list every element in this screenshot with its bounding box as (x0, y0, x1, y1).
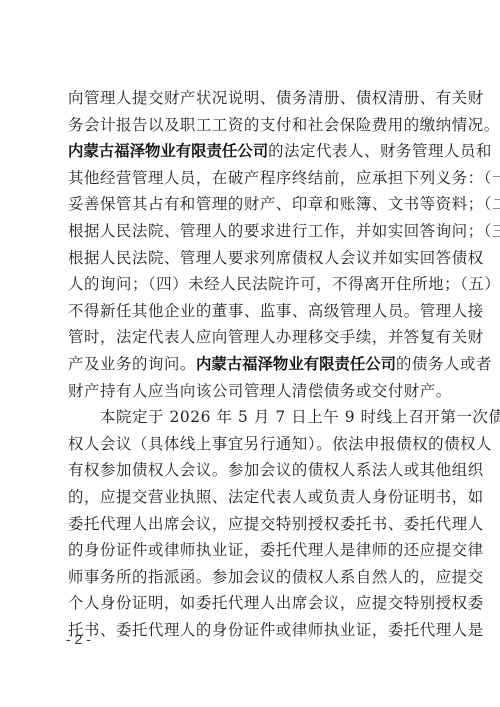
text-line: 权人会议（具体线上事宜另行通知）。依法申报债权的债权人 (68, 433, 434, 455)
text-line: 向管理人提交财产状况说明、债务清册、债权清册、有关财 (68, 87, 434, 109)
page-number: - 2 - (66, 631, 91, 647)
text-line: 产及业务的询问。内蒙古福泽物业有限责任公司的债务人或者 (68, 353, 434, 375)
text-line: 务会计报告以及职工工资的支付和社会保险费用的缴纳情况。 (68, 114, 434, 136)
text-line: 的，应提交营业执照、法定代表人或负责人身份证明书，如 (68, 486, 434, 508)
company-name: 内蒙古福泽物业有限责任公司 (68, 142, 268, 160)
text-line: 有权参加债权人会议。参加会议的债权人系法人或其他组织 (68, 459, 434, 481)
text-segment: 产及业务的询问。 (68, 355, 196, 373)
text-segment: 的债务人或者 (396, 355, 492, 373)
text-line: 人的询问；（四）未经人民法院许可，不得离开住所地；（五） (68, 273, 434, 295)
text-line: 个人身份证明，如委托代理人出席会议，应提交特别授权委 (68, 592, 434, 614)
text-line: 其他经营管理人员，在破产程序终结前，应承担下列义务：（一） (68, 167, 434, 189)
text-line: 托书、委托代理人的身份证件或律师执业证，委托代理人是 (68, 619, 434, 641)
text-line: 委托代理人出席会议，应提交特别授权委托书、委托代理人 (68, 513, 434, 535)
text-line: 管时，法定代表人应向管理人办理移交手续，并答复有关财 (68, 326, 434, 348)
company-name: 内蒙古福泽物业有限责任公司 (196, 355, 396, 373)
text-line: 的身份证件或律师执业证，委托代理人是律师的还应提交律 (68, 539, 434, 561)
document-page: 向管理人提交财产状况说明、债务清册、债权清册、有关财务会计报告以及职工工资的支付… (0, 0, 500, 707)
text-line: 根据人民法院、管理人的要求进行工作，并如实回答询问；（三） (68, 220, 434, 242)
text-line: 不得新任其他企业的董事、监事、高级管理人员。管理人接 (68, 300, 434, 322)
text-line: 财产持有人应当向该公司管理人清偿债务或交付财产。 (68, 380, 434, 402)
text-segment: 的法定代表人、财务管理人员和 (268, 142, 492, 160)
text-line: 师事务所的指派函。参加会议的债权人系自然人的，应提交 (68, 566, 434, 588)
text-line: 本院定于 2026 年 5 月 7 日上午 9 时线上召开第一次债 (100, 406, 434, 428)
text-line: 妥善保管其占有和管理的财产、印章和账簿、文书等资料；（二） (68, 193, 434, 215)
text-line: 根据人民法院、管理人要求列席债权人会议并如实回答债权 (68, 247, 434, 269)
text-line: 内蒙古福泽物业有限责任公司的法定代表人、财务管理人员和 (68, 140, 434, 162)
